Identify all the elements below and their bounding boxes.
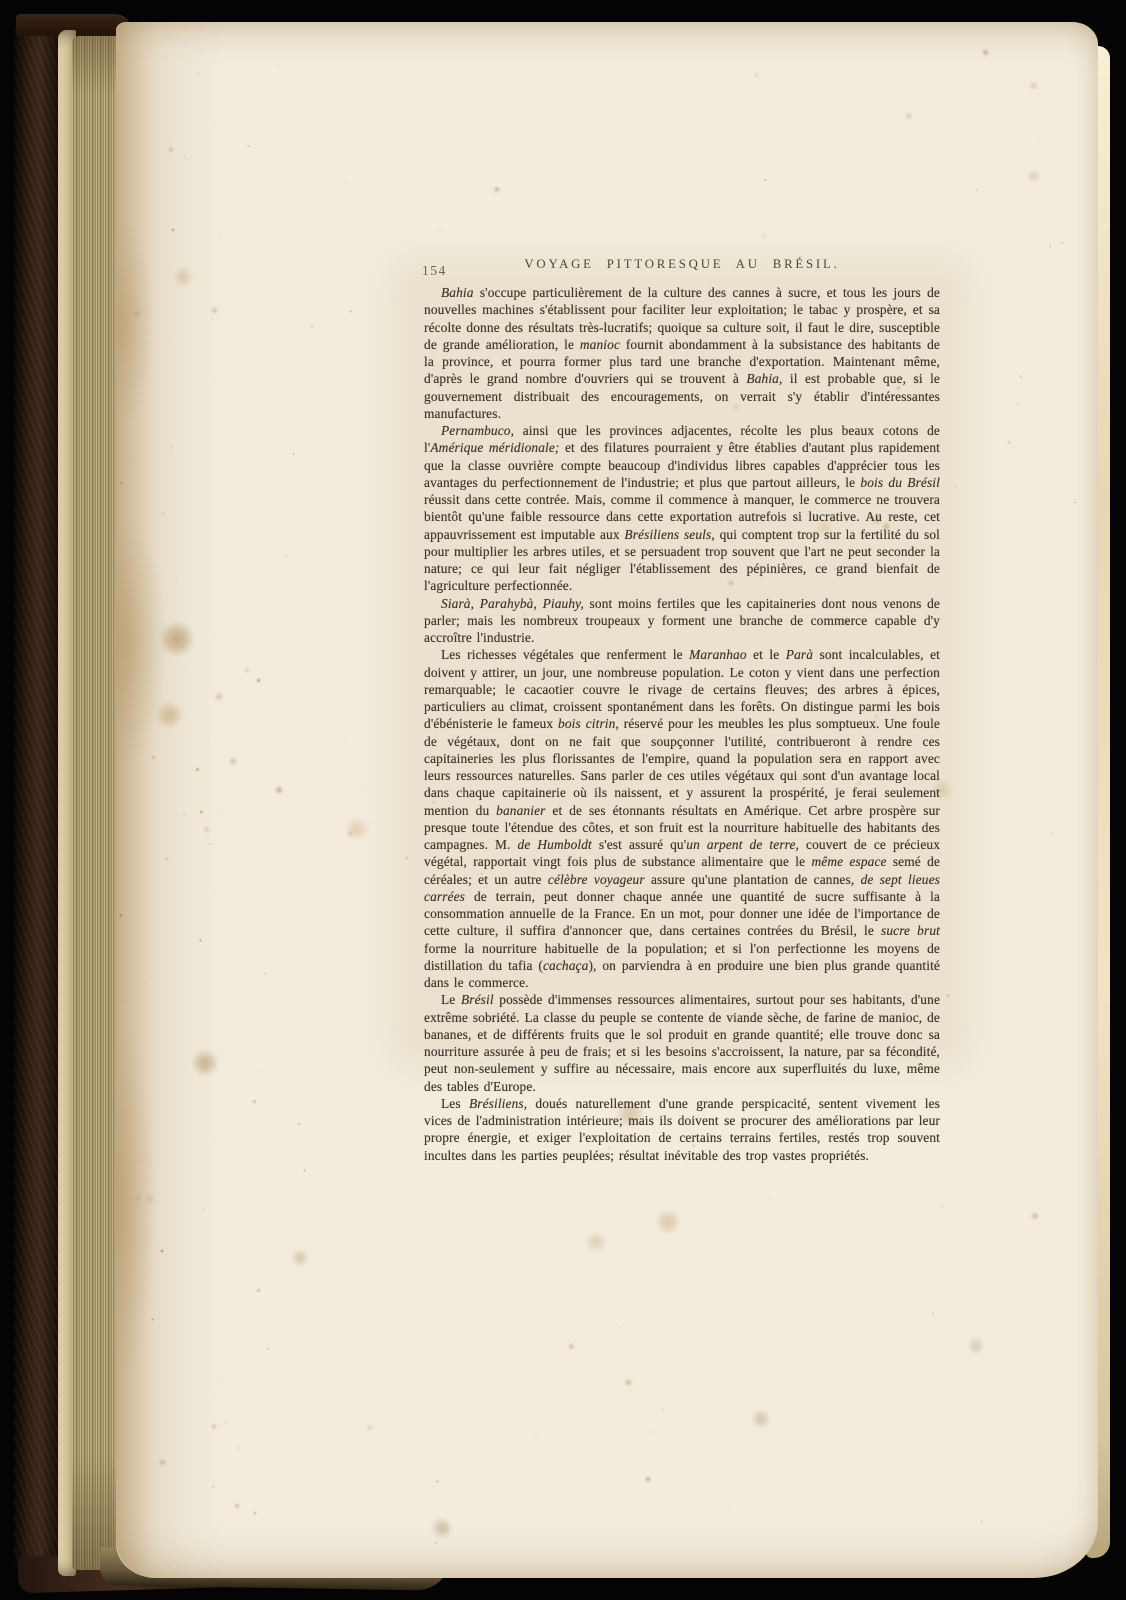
- foxing-spot: [370, 822, 371, 823]
- foxing-spot: [1037, 138, 1039, 140]
- italic-run: cachaça: [543, 958, 588, 973]
- foxing-spot: [1049, 245, 1052, 248]
- text-block: 154 VOYAGE PITTORESQUE AU BRÉSIL. Bahia …: [424, 254, 940, 1164]
- foxing-spot: [804, 1350, 805, 1351]
- foxing-spot: [494, 186, 500, 192]
- foxing-spot: [456, 1474, 459, 1477]
- foxing-spot: [1074, 501, 1076, 503]
- foxing-spot: [277, 64, 279, 66]
- foxing-spot: [240, 1305, 242, 1307]
- foxing-spot: [247, 145, 249, 147]
- paragraph: Siarà, Parahybà, Piauhy, sont moins fert…: [424, 595, 940, 647]
- foxing-spot: [243, 477, 244, 478]
- foxing-spot: [586, 1232, 606, 1252]
- foxing-spot: [253, 1511, 257, 1515]
- foxing-spot: [1060, 241, 1064, 245]
- foxing-spot: [345, 741, 347, 743]
- italic-run: bois citrin: [558, 716, 615, 731]
- paragraph: Les richesses végétales que renferment l…: [424, 646, 940, 991]
- foxing-spot: [968, 1338, 984, 1354]
- foxing-spot: [256, 678, 261, 683]
- foxing-spot: [366, 1424, 373, 1431]
- book-page: 154 VOYAGE PITTORESQUE AU BRÉSIL. Bahia …: [116, 22, 1098, 1578]
- italic-run: manioc: [580, 337, 620, 352]
- foxing-spot: [954, 485, 956, 487]
- foxing-spot: [285, 554, 288, 557]
- foxing-spot: [754, 72, 759, 77]
- foxing-spot: [762, 233, 767, 238]
- foxing-spot: [1007, 440, 1011, 444]
- foxing-spot: [432, 1518, 452, 1538]
- paragraph: Le Brésil possède d'immenses ressources …: [424, 991, 940, 1095]
- foxing-spot: [1019, 375, 1022, 378]
- italic-run: sucre brut: [881, 923, 940, 938]
- foxing-spot: [264, 972, 267, 975]
- foxing-spot: [434, 1542, 437, 1545]
- foxing-spot: [361, 784, 363, 786]
- italic-run: Maranhao: [689, 647, 747, 662]
- foxing-spot: [568, 1343, 575, 1350]
- foxing-spot: [932, 1312, 934, 1314]
- italic-run: même espace: [811, 854, 886, 869]
- foxing-spot: [976, 189, 978, 191]
- italic-run: Pernambuco: [441, 423, 511, 438]
- foxing-spot: [261, 1070, 263, 1072]
- foxing-spot: [326, 434, 328, 436]
- foxing-spot: [1031, 1212, 1039, 1220]
- foxing-spot: [656, 1210, 680, 1234]
- italic-run: Bahia: [746, 371, 779, 386]
- foxing-spot: [310, 324, 315, 329]
- running-head: VOYAGE PITTORESQUE AU BRÉSIL.: [424, 254, 940, 272]
- text-run: de terrain, peut donner chaque année une…: [424, 889, 940, 939]
- foxing-spot: [982, 49, 989, 56]
- gutter-toning: [116, 22, 236, 1578]
- foxing-spot: [1028, 170, 1040, 182]
- foxing-spot: [303, 1169, 306, 1172]
- foxing-spot: [964, 289, 965, 290]
- paragraph: Les Brésiliens, doués naturellement d'un…: [424, 1095, 940, 1164]
- foxing-spot: [292, 1250, 308, 1266]
- foxing-spot: [316, 1036, 317, 1037]
- italic-run: Brésiliens seuls: [624, 527, 711, 542]
- text-run: s'est assuré qu': [592, 837, 686, 852]
- italic-run: Amérique méridionale;: [430, 440, 559, 455]
- foxing-spot: [347, 831, 354, 838]
- italic-run: Piauhy,: [543, 596, 584, 611]
- foxing-spot: [439, 231, 440, 232]
- text-run: Le: [441, 992, 461, 1007]
- italic-run: Brésil: [461, 992, 494, 1007]
- foxing-spot: [650, 1365, 651, 1366]
- foxing-spot: [905, 112, 913, 120]
- foxing-spot: [645, 1476, 651, 1482]
- foxing-spot: [244, 667, 251, 674]
- foxing-spot: [346, 818, 368, 840]
- italic-run: bananier: [496, 803, 545, 818]
- foxing-spot: [1016, 402, 1019, 405]
- text-run: ,: [533, 596, 542, 611]
- foxing-spot: [239, 1447, 241, 1449]
- italic-run: de Humboldt: [518, 837, 592, 852]
- italic-run: Parà: [786, 647, 813, 662]
- foxing-spot: [267, 1348, 269, 1350]
- body-text: Bahia s'occupe particulièrement de la cu…: [424, 284, 940, 1164]
- foxing-spot: [654, 1431, 655, 1432]
- text-run: Les: [441, 1096, 469, 1111]
- foxing-spot: [292, 453, 295, 456]
- page-header: 154 VOYAGE PITTORESQUE AU BRÉSIL.: [424, 254, 940, 280]
- text-run: et le: [747, 647, 786, 662]
- italic-run: Brésiliens: [469, 1096, 524, 1111]
- foxing-spot: [730, 1508, 731, 1509]
- foxing-spot: [625, 1379, 632, 1386]
- foxing-spot: [619, 1327, 621, 1329]
- foxing-spot: [436, 1480, 439, 1483]
- foxing-spot: [275, 786, 283, 794]
- paragraph: Pernambuco, ainsi que les provinces adja…: [424, 422, 940, 595]
- italic-run: célèbre voyageur: [548, 872, 645, 887]
- foxing-spot: [1029, 81, 1038, 90]
- foxing-spot: [941, 1205, 943, 1207]
- foxing-spot: [768, 1198, 770, 1200]
- italic-run: Parahybà: [480, 596, 534, 611]
- text-run: ,: [471, 596, 480, 611]
- foxing-spot: [980, 1520, 983, 1523]
- foxing-spot: [297, 1122, 301, 1126]
- foxing-spot: [752, 1410, 770, 1428]
- italic-run: Bahia: [441, 285, 474, 300]
- foxing-spot: [1059, 313, 1060, 314]
- foxing-spot: [773, 1489, 774, 1490]
- foxing-spot: [252, 1099, 257, 1104]
- text-run: possède d'immenses ressources alimentair…: [424, 992, 940, 1093]
- foxing-spot: [662, 1408, 664, 1410]
- foxing-spot: [343, 181, 346, 184]
- text-run: assure qu'une plantation de cannes,: [645, 872, 861, 887]
- foxing-spot: [535, 1435, 537, 1437]
- italic-run: bois du Brésil: [860, 475, 940, 490]
- book-spine-leather: [14, 16, 62, 1582]
- page-number: 154: [422, 263, 447, 279]
- italic-run: Siarà: [441, 596, 471, 611]
- foxing-spot: [764, 179, 766, 181]
- foxing-spot: [1050, 832, 1053, 835]
- paragraph: Bahia s'occupe particulièrement de la cu…: [424, 284, 940, 422]
- italic-run: un arpent de terre,: [686, 837, 799, 852]
- foxing-spot: [256, 1288, 261, 1293]
- foxing-spot: [349, 310, 351, 312]
- text-run: Les richesses végétales que renferment l…: [441, 647, 689, 662]
